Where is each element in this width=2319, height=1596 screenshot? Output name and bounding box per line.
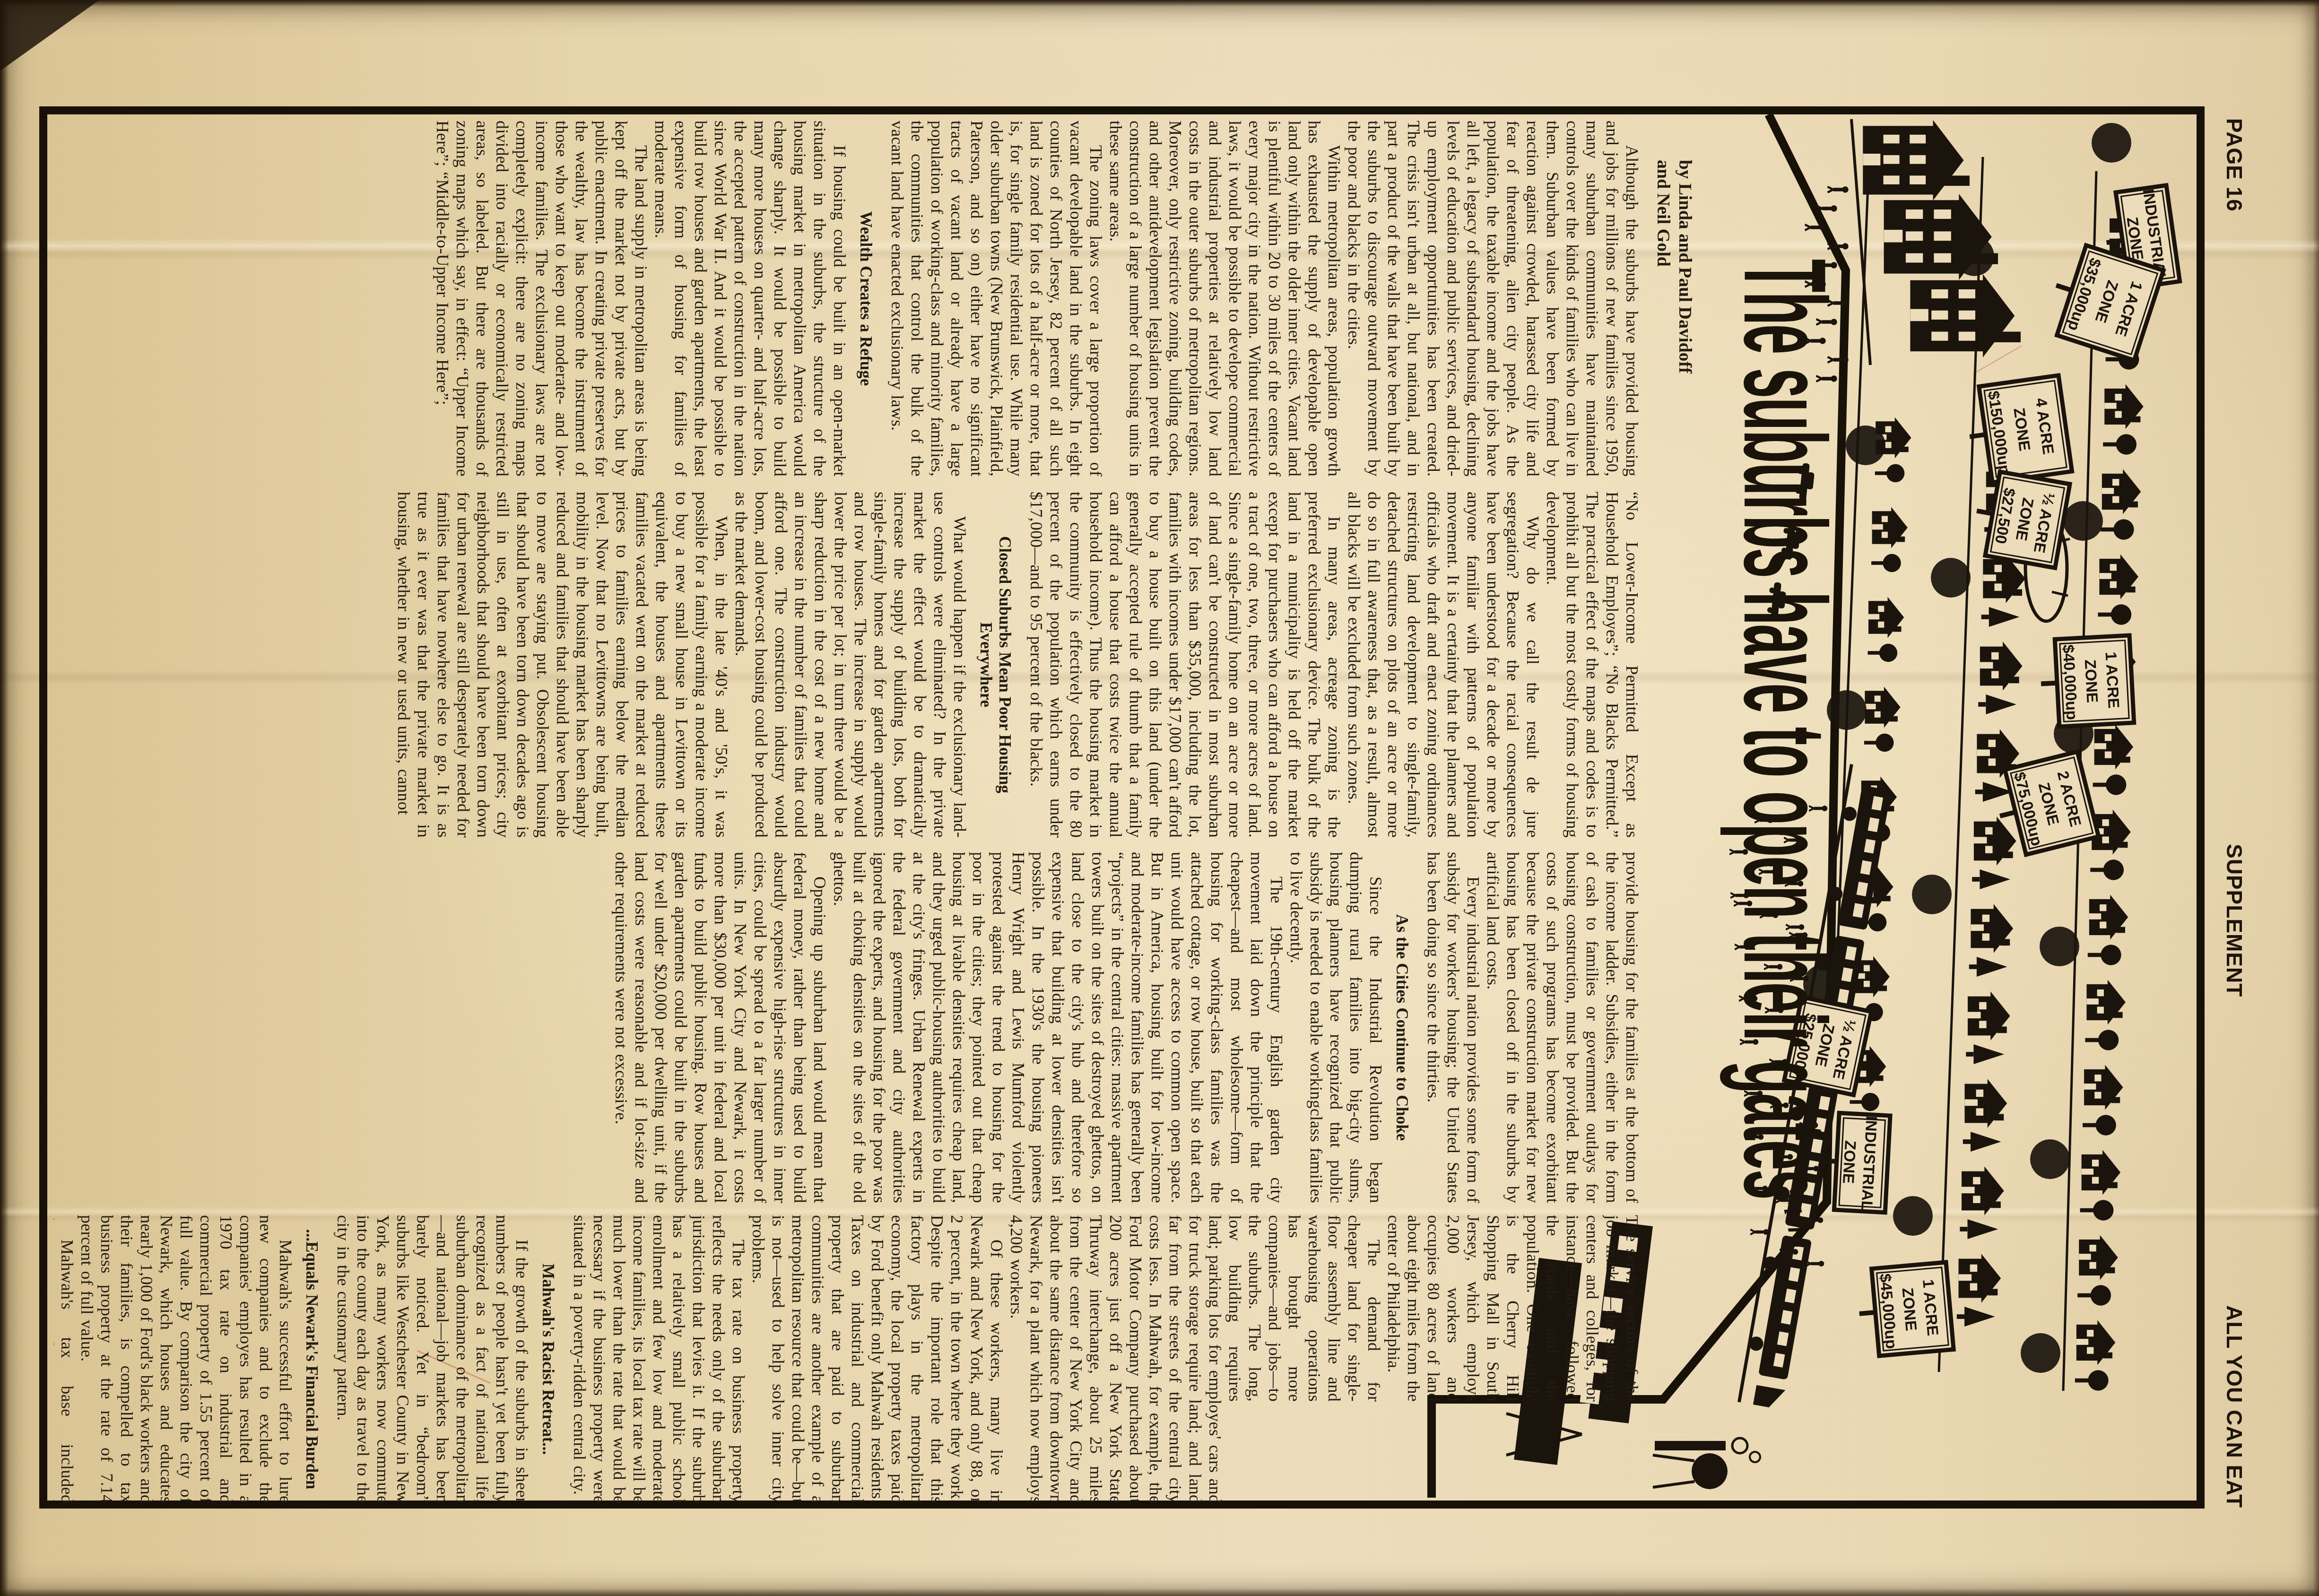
article-column-3: provide housing for the families at the … [53,852,1642,1203]
paper-edge [0,0,2319,7]
body-paragraph: If housing could be built in an open-mar… [651,121,850,477]
article-column-1: Although the suburbs have provided housi… [53,121,1642,477]
body-paragraph: Although the suburbs have provided housi… [1344,121,1642,477]
folio-publication: ALL YOU CAN EAT [2222,1305,2247,1508]
body-paragraph: The 19th-century English garden city mov… [830,852,1286,1203]
byline-authors: by Linda and Paul Davidoff [1674,160,1696,373]
column-subhead: As the Cities Continue to Choke [1392,852,1411,1203]
scanned-newspaper-screenshot: PAGE 16 SUPPLEMENT ALL YOU CAN EAT INDUS… [0,0,2319,1596]
body-paragraph: The zoning laws cover a large proportion… [887,121,1106,477]
headline: The suburbs have to open their gates [1726,259,1842,1199]
column-subhead: Mahwah's Racist Retreat... [538,1215,557,1503]
body-paragraph: Mahwah's tax base included $104,000,000 … [53,1215,77,1503]
body-paragraph: If the growth of the suburbs in sheer nu… [333,1215,532,1503]
folio-row: PAGE 16 SUPPLEMENT ALL YOU CAN EAT [2214,113,2247,1508]
byline: by Linda and Paul Davidoff and Neil Gold [1652,160,1696,373]
body-paragraph: In many areas, acreage zoning is the pre… [1026,492,1344,838]
body-paragraph: The tax rate on business property reflec… [570,1215,748,1503]
article-column-4: The service sectors of the job market—th… [53,1215,1642,1503]
paper-edge [2313,0,2319,1596]
article-column-2: “No Lower-Income Permitted Except as Hou… [53,492,1642,838]
paper-edge [0,0,9,1596]
byline-authors-2: and Neil Gold [1652,160,1674,373]
column-subhead: Closed Suburbs Mean Poor Housing Everywh… [976,492,1014,838]
body-paragraph: provide housing for the families at the … [1483,852,1642,1203]
body-paragraph: What would happen if the exclusionary la… [731,492,970,838]
torn-paper-corner [0,0,99,71]
paper-edge [0,1588,2319,1596]
body-paragraph: When, in the late '40's and '50's, it wa… [394,492,731,838]
body-paragraph: Mahwah's successful effort to lure new c… [77,1215,295,1503]
body-paragraph: Why do we call the result de jure segreg… [1344,492,1543,838]
column-subhead: ...Equals Newark's Financial Burden [302,1215,321,1503]
body-paragraph: Of these workers, many live in Newark an… [748,1215,1007,1503]
body-paragraph: “No Lower-Income Permitted Except as Hou… [1543,492,1642,838]
body-paragraph: Since the Industrial Revolution began du… [1286,852,1386,1203]
folio-page-number: PAGE 16 [2222,118,2247,212]
illustration-cutout [1226,1402,1642,1503]
body-paragraph: Every industrial nation provides some fo… [1424,852,1483,1203]
folio-section: SUPPLEMENT [2222,844,2247,997]
body-paragraph: Within metropolitan areas, population gr… [1106,121,1344,477]
column-subhead: Wealth Creates a Refuge [856,121,875,477]
newspaper-page: PAGE 16 SUPPLEMENT ALL YOU CAN EAT INDUS… [0,0,2319,1596]
body-paragraph: The land supply in metropolitan areas is… [433,121,651,477]
article-columns: Although the suburbs have provided housi… [53,121,1642,1503]
body-paragraph: Opening up suburban land would mean that… [611,852,830,1203]
